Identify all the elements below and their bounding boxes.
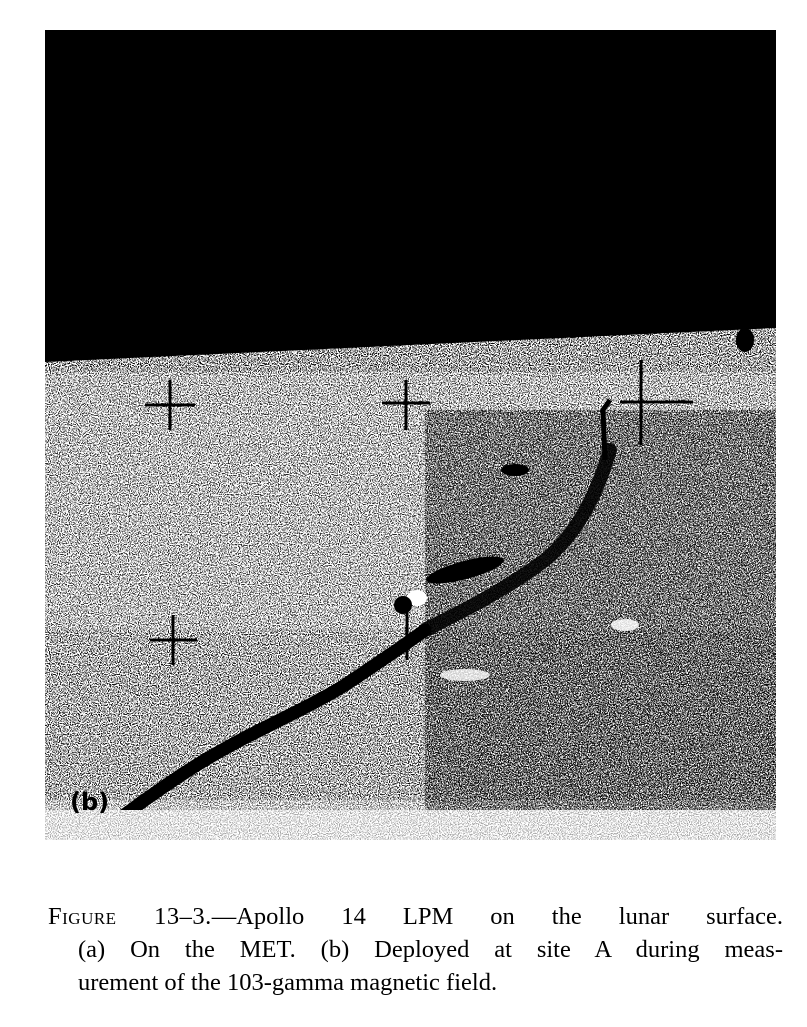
caption-line-3: urement of the 103-gamma magnetic field. [48,966,783,999]
figure-caption: Figure 13–3.—Apollo 14 LPM on the lunar … [48,900,783,999]
caption-line-2: (a) On the MET. (b) Deployed at site A d… [48,933,783,966]
caption-title: —Apollo 14 LPM on the lunar surface. [212,903,783,930]
panel-label-b: (b) [70,788,109,816]
photograph-canvas [45,30,776,870]
lunar-surface-photograph: (b) [45,30,776,870]
figure-label: Figure 13–3. [48,903,212,930]
caption-line-1: Figure 13–3.—Apollo 14 LPM on the lunar … [48,900,783,933]
black-sky [45,30,776,362]
